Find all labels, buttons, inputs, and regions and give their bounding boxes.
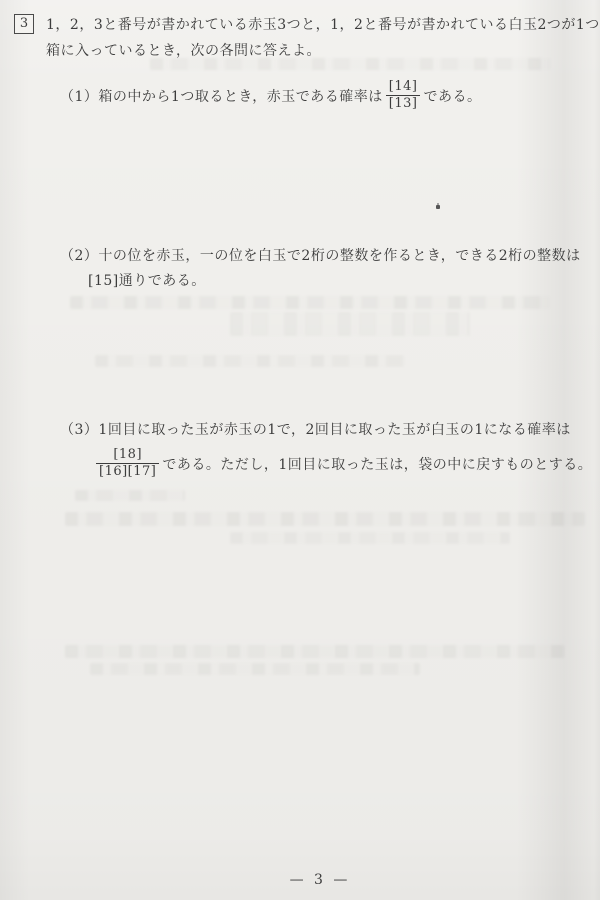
- intro-line-1: 1，2，3と番号が書かれている赤玉3つと，1，2と番号が書かれている白玉2つが1…: [46, 16, 600, 35]
- problem-number: 3: [20, 16, 28, 31]
- bleed-through-band: [90, 663, 420, 675]
- question-1-fraction: [14] [13]: [386, 80, 421, 112]
- bleed-through-band: [75, 490, 185, 501]
- question-1-text: （1）箱の中から1つ取るとき，赤玉である確率は: [60, 86, 383, 106]
- question-3-fraction: [18] [16][17]: [96, 448, 159, 480]
- fraction-numerator: [18]: [110, 448, 145, 463]
- bleed-through-band: [230, 312, 470, 336]
- question-2-line-2: [15]通りである。: [88, 272, 206, 291]
- scan-speck-artifact: [436, 205, 440, 209]
- bleed-through-band: [95, 355, 405, 367]
- question-3-line-1: （3）1回目に取った玉が赤玉の1で，2回目に取った玉が白玉の1になる確率は: [60, 421, 571, 440]
- problem-number-box: 3: [14, 14, 34, 34]
- fraction-numerator: [14]: [386, 80, 421, 95]
- bleed-through-band: [65, 512, 585, 526]
- bleed-through-band: [230, 532, 510, 544]
- fraction-denominator: [13]: [386, 95, 421, 112]
- question-3-line-2: [18] [16][17] である。ただし，1回目に取った玉は，袋の中に戻すもの…: [93, 444, 592, 484]
- intro-line-2: 箱に入っているとき，次の各問に答えよ。: [46, 42, 321, 61]
- question-2-line-1: （2）十の位を赤玉，一の位を白玉で2桁の整数を作るとき，できる2桁の整数は: [60, 247, 581, 266]
- fraction-denominator: [16][17]: [96, 463, 159, 480]
- page-number: — 3 —: [0, 872, 600, 888]
- question-1-suffix: である。: [423, 86, 481, 106]
- question-3-suffix: である。ただし，1回目に取った玉は，袋の中に戻すものとする。: [162, 454, 592, 474]
- bleed-through-band: [70, 296, 550, 309]
- scanned-exam-page: { "document": { "problem_number": "3", "…: [0, 0, 600, 900]
- bleed-through-band: [65, 645, 565, 658]
- question-1: （1）箱の中から1つ取るとき，赤玉である確率は [14] [13] である。: [60, 78, 481, 114]
